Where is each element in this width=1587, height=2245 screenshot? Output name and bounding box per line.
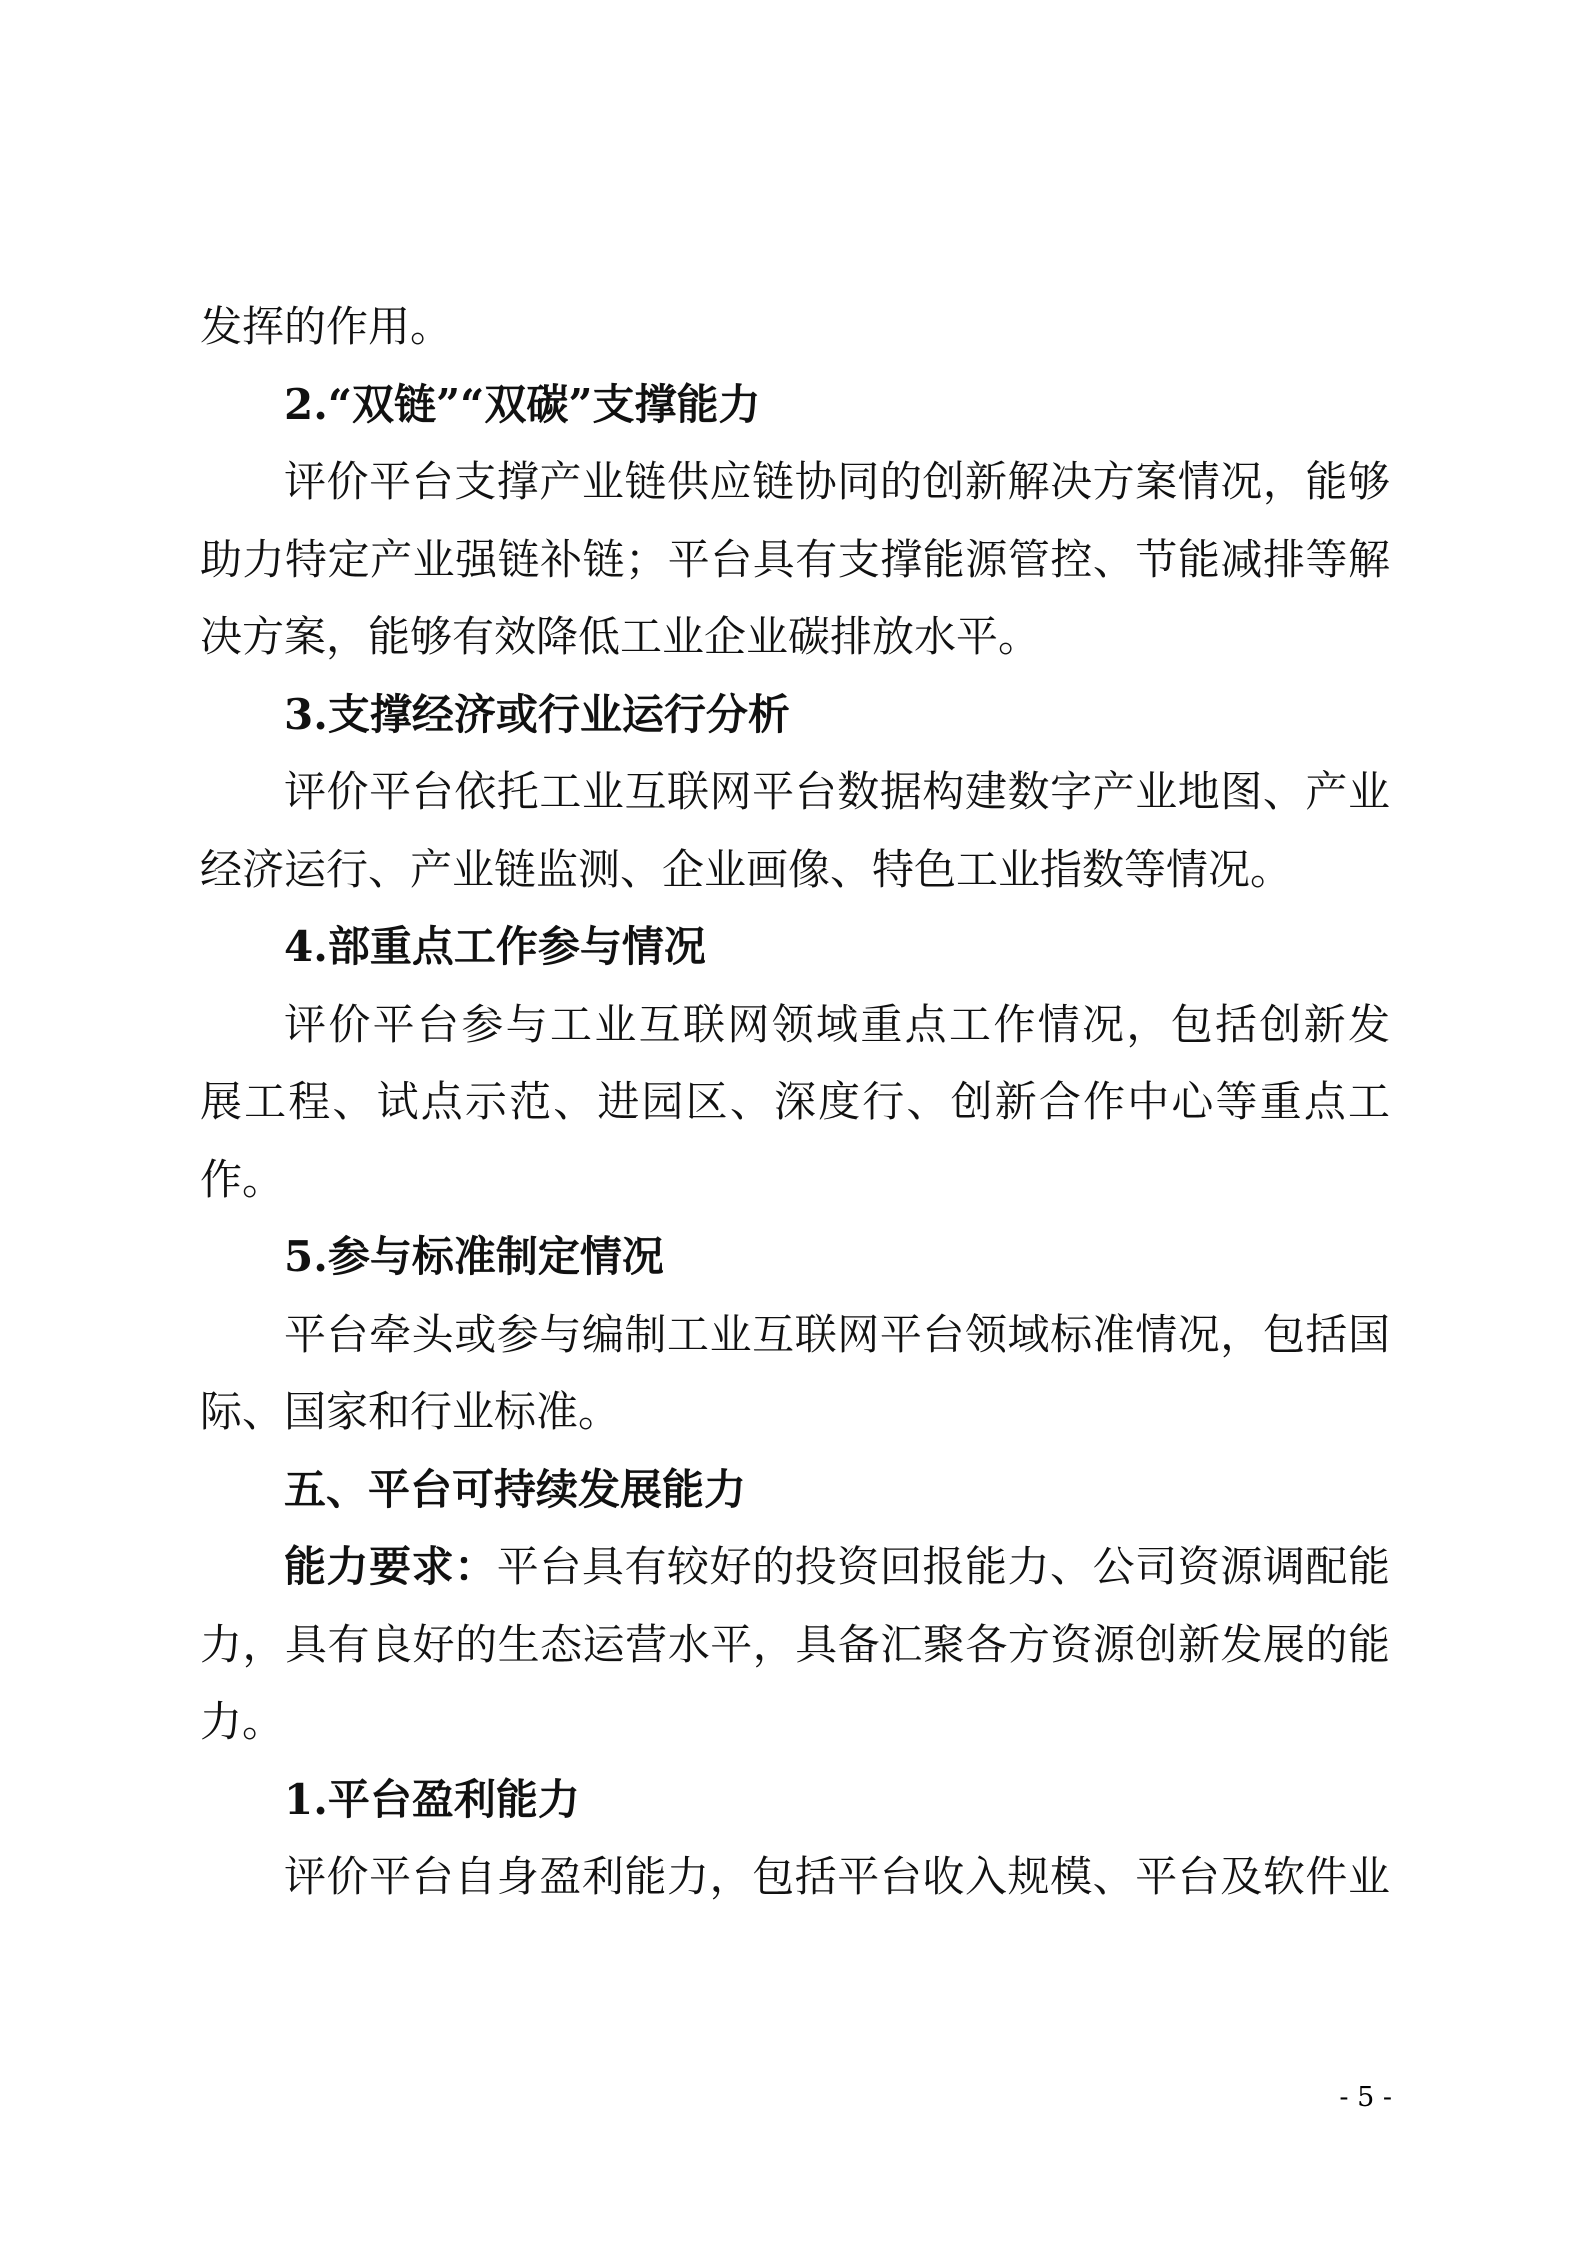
text-line: 评价平台参与工业互联网领域重点工作情况，包括创新发 xyxy=(200,986,1390,1064)
text-line: 评价平台自身盈利能力，包括平台收入规模、平台及软件业 xyxy=(200,1838,1390,1916)
bold-lead-capability-requirement: 能力要求： xyxy=(284,1542,497,1591)
heading-ministry-key-work: 4.部重点工作参与情况 xyxy=(200,908,1390,986)
text-line: 能力要求：平台具有较好的投资回报能力、公司资源调配能 xyxy=(200,1528,1390,1606)
heading-shuanglian-shuangtan: 2.“双链”“双碳”支撑能力 xyxy=(200,366,1390,444)
text-line: 发挥的作用。 xyxy=(200,288,1390,366)
text-line: 评价平台依托工业互联网平台数据构建数字产业地图、产业 xyxy=(200,753,1390,831)
document-page: 发挥的作用。 2.“双链”“双碳”支撑能力 评价平台支撑产业链供应链协同的创新解… xyxy=(0,0,1587,2245)
text-line: 决方案，能够有效降低工业企业碳排放水平。 xyxy=(200,598,1390,676)
text-line: 作。 xyxy=(200,1141,1390,1219)
page-number: - 5 - xyxy=(200,2082,1392,2114)
text-line: 力，具有良好的生态运营水平，具备汇聚各方资源创新发展的能 xyxy=(200,1606,1390,1684)
heading-economy-analysis: 3.支撑经济或行业运行分析 xyxy=(200,676,1390,754)
document-body: 发挥的作用。 2.“双链”“双碳”支撑能力 评价平台支撑产业链供应链协同的创新解… xyxy=(200,288,1390,1916)
text-line: 经济运行、产业链监测、企业画像、特色工业指数等情况。 xyxy=(200,831,1390,909)
heading-standards: 5.参与标准制定情况 xyxy=(200,1218,1390,1296)
chapter-heading-sustainable-development: 五、平台可持续发展能力 xyxy=(200,1451,1390,1529)
text-line: 平台牵头或参与编制工业互联网平台领域标准情况，包括国 xyxy=(200,1296,1390,1374)
heading-platform-profitability: 1.平台盈利能力 xyxy=(200,1761,1390,1839)
text-line: 助力特定产业强链补链；平台具有支撑能源管控、节能减排等解 xyxy=(200,521,1390,599)
text-line: 际、国家和行业标准。 xyxy=(200,1373,1390,1451)
text-line: 力。 xyxy=(200,1683,1390,1761)
line-rest: 平台具有较好的投资回报能力、公司资源调配能 xyxy=(497,1542,1390,1591)
text-line: 展工程、试点示范、进园区、深度行、创新合作中心等重点工 xyxy=(200,1063,1390,1141)
text-line: 评价平台支撑产业链供应链协同的创新解决方案情况，能够 xyxy=(200,443,1390,521)
